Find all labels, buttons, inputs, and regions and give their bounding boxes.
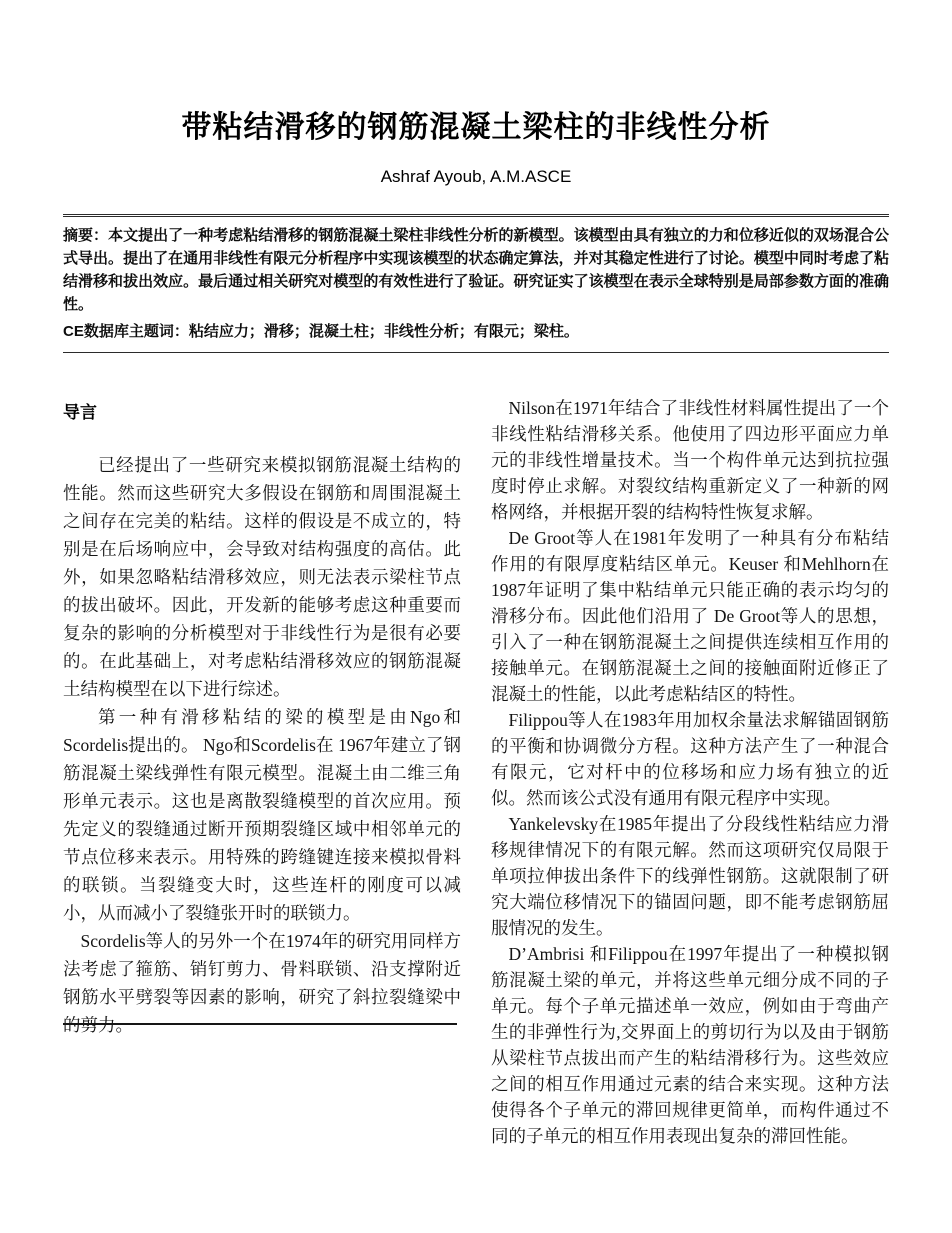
paper-page: 带粘结滑移的钢筋混凝土梁柱的非线性分析 Ashraf Ayoub, A.M.AS… <box>0 0 952 1233</box>
abstract-text: 本文提出了一种考虑粘结滑移的钢筋混凝土梁柱非线性分析的新模型。该模型由具有独立的… <box>63 227 889 313</box>
paper-title: 带粘结滑移的钢筋混凝土梁柱的非线性分析 <box>63 110 889 146</box>
footnote-separator-rule <box>63 1023 457 1025</box>
left-paragraph-2: 第一种有滑移粘结的梁的模型是由Ngo和Scordelis提出的。 Ngo和Sco… <box>63 703 461 927</box>
right-paragraph-2: De Groot等人在1981年发明了一种具有分布粘结作用的有限厚度粘结区单元。… <box>491 525 889 707</box>
introduction-heading: 导言 <box>63 403 461 423</box>
right-column: Nilson在1971年结合了非线性材料属性提出了一个非线性粘结滑移关系。他使用… <box>491 395 889 1149</box>
left-column: 导言 已经提出了一些研究来模拟钢筋混凝土结构的性能。然而这些研究大多假设在钢筋和… <box>63 395 461 1149</box>
right-paragraph-1: Nilson在1971年结合了非线性材料属性提出了一个非线性粘结滑移关系。他使用… <box>491 395 889 525</box>
abstract-section: 摘要：本文提出了一种考虑粘结滑移的钢筋混凝土梁柱非线性分析的新模型。该模型由具有… <box>63 214 889 353</box>
left-paragraph-1: 已经提出了一些研究来模拟钢筋混凝土结构的性能。然而这些研究大多假设在钢筋和周围混… <box>63 451 461 703</box>
keywords-text: 粘结应力；滑移；混凝土柱；非线性分析；有限元；梁柱。 <box>189 323 579 340</box>
right-paragraph-4: Yankelevsky在1985年提出了分段线性粘结应力滑移规律情况下的有限元解… <box>491 811 889 941</box>
abstract-body: 摘要：本文提出了一种考虑粘结滑移的钢筋混凝土梁柱非线性分析的新模型。该模型由具有… <box>63 217 889 352</box>
abstract-paragraph: 摘要：本文提出了一种考虑粘结滑移的钢筋混凝土梁柱非线性分析的新模型。该模型由具有… <box>63 224 889 316</box>
right-paragraph-5: D’Ambrisi 和Filippou在1997年提出了一种模拟钢筋混凝土梁的单… <box>491 941 889 1149</box>
keywords-line: CE数据库主题词：粘结应力；滑移；混凝土柱；非线性分析；有限元；梁柱。 <box>63 320 889 343</box>
right-paragraph-3: Filippou等人在1983年用加权余量法求解锚固钢筋的平衡和协调微分方程。这… <box>491 707 889 811</box>
two-column-body: 导言 已经提出了一些研究来模拟钢筋混凝土结构的性能。然而这些研究大多假设在钢筋和… <box>63 395 889 1149</box>
keywords-label: CE数据库主题词： <box>63 323 189 340</box>
abstract-label: 摘要： <box>63 227 108 244</box>
abstract-bottom-rule <box>63 352 889 353</box>
paper-author: Ashraf Ayoub, A.M.ASCE <box>63 166 889 187</box>
